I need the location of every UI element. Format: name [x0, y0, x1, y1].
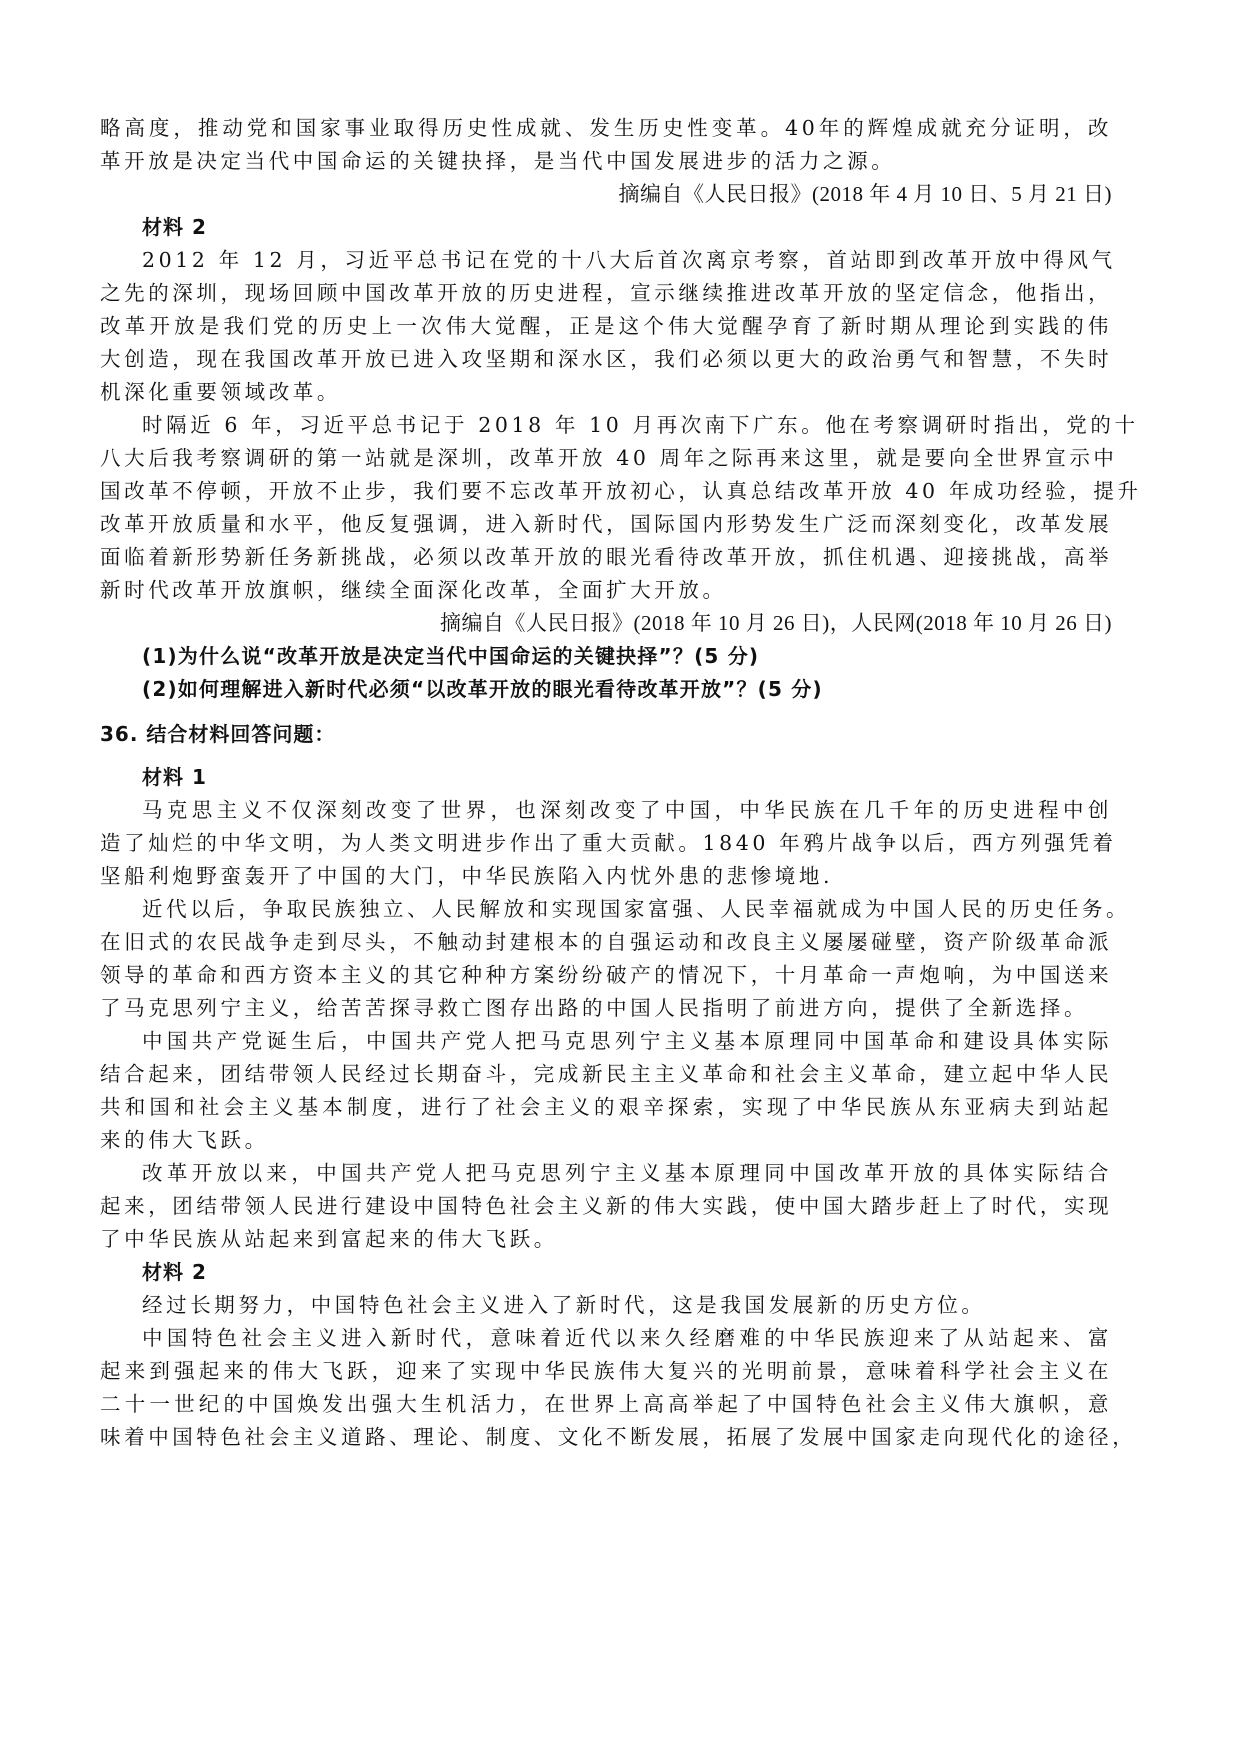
text-line: 之先的深圳，现场回顾中国改革开放的历史进程，宣示继续推进改革开放的坚定信念，他指… [100, 277, 1112, 310]
text-line: 了中华民族从站起来到富起来的伟大飞跃。 [100, 1223, 1112, 1256]
text-line: 面临着新形势新任务新挑战，必须以改革开放的眼光看待改革开放，抓住机遇、迎接挑战，… [100, 541, 1112, 574]
text-line: 略高度，推动党和国家事业取得历史性成就、发生历史性变革。40年的辉煌成就充分证明… [100, 112, 1112, 145]
text-line: 二十一世纪的中国焕发出强大生机活力，在世界上高高举起了中国特色社会主义伟大旗帜，… [100, 1388, 1112, 1421]
text-line: 领导的革命和西方资本主义的其它种种方案纷纷破产的情况下，十月革命一声炮响，为中国… [100, 959, 1112, 992]
text-line: 国改革不停顿，开放不止步，我们要不忘改革开放初心，认真总结改革开放 40 年成功… [100, 475, 1112, 508]
text-line: 中国特色社会主义进入新时代，意味着近代以来久经磨难的中华民族迎来了从站起来、富 [100, 1322, 1112, 1355]
text-line: 新时代改革开放旗帜，继续全面深化改革，全面扩大开放。 [100, 574, 1112, 607]
sub-question-1: (1)为什么说“改革开放是决定当代中国命运的关键抉择”？(5 分) [100, 640, 1112, 673]
material-heading: 材料 1 [100, 761, 1112, 794]
text-line: 改革开放是我们党的历史上一次伟大觉醒，正是这个伟大觉醒孕育了新时期从理论到实践的… [100, 310, 1112, 343]
exam-page: 略高度，推动党和国家事业取得历史性成就、发生历史性变革。40年的辉煌成就充分证明… [100, 112, 1112, 1454]
source-citation: 摘编自《人民日报》(2018 年 10 月 26 日)，人民网(2018 年 1… [100, 607, 1112, 640]
text-line: 改革开放质量和水平，他反复强调，进入新时代，国际国内形势发生广泛而深刻变化，改革… [100, 508, 1112, 541]
text-line: 大创造，现在我国改革开放已进入攻坚期和深水区，我们必须以更大的政治勇气和智慧，不… [100, 343, 1112, 376]
text-line: 近代以后，争取民族独立、人民解放和实现国家富强、人民幸福就成为中国人民的历史任务… [100, 893, 1112, 926]
text-line: 八大后我考察调研的第一站就是深圳，改革开放 40 周年之际再来这里，就是要向全世… [100, 442, 1112, 475]
paragraph: 2012 年 12 月，习近平总书记在党的十八大后首次离京考察，首站即到改革开放… [100, 244, 1112, 409]
material-heading: 材料 2 [100, 1256, 1112, 1289]
text-line: 结合起来，团结带领人民经过长期奋斗，完成新民主主义革命和社会主义革命，建立起中华… [100, 1058, 1112, 1091]
material1-tail: 略高度，推动党和国家事业取得历史性成就、发生历史性变革。40年的辉煌成就充分证明… [100, 112, 1112, 178]
text-line: 了马克思列宁主义，给苦苦探寻救亡图存出路的中国人民指明了前进方向，提供了全新选择… [100, 992, 1112, 1025]
paragraph: 时隔近 6 年，习近平总书记于 2018 年 10 月再次南下广东。他在考察调研… [100, 409, 1112, 607]
text-line: 革开放是决定当代中国命运的关键抉择，是当代中国发展进步的活力之源。 [100, 145, 1112, 178]
text-line: 改革开放以来，中国共产党人把马克思列宁主义基本原理同中国改革开放的具体实际结合 [100, 1157, 1112, 1190]
text-line: 起来，团结带领人民进行建设中国特色社会主义新的伟大实践，使中国大踏步赶上了时代，… [100, 1190, 1112, 1223]
text-line: 味着中国特色社会主义道路、理论、制度、文化不断发展，拓展了发展中国家走向现代化的… [100, 1421, 1112, 1454]
source-citation: 摘编自《人民日报》(2018 年 4 月 10 日、5 月 21 日) [100, 178, 1112, 211]
paragraph: 近代以后，争取民族独立、人民解放和实现国家富强、人民幸福就成为中国人民的历史任务… [100, 893, 1112, 1025]
text-line: 造了灿烂的中华文明，为人类文明进步作出了重大贡献。1840 年鸦片战争以后，西方… [100, 827, 1112, 860]
text-line: 经过长期努力，中国特色社会主义进入了新时代，这是我国发展新的历史方位。 [100, 1289, 1112, 1322]
question-36-title: 36. 结合材料回答问题： [100, 718, 1112, 751]
text-line: 在旧式的农民战争走到尽头，不触动封建根本的自强运动和改良主义屡屡碰壁，资产阶级革… [100, 926, 1112, 959]
text-line: 坚船利炮野蛮轰开了中国的大门，中华民族陷入内忧外患的悲惨境地. [100, 860, 1112, 893]
paragraph: 改革开放以来，中国共产党人把马克思列宁主义基本原理同中国改革开放的具体实际结合 … [100, 1157, 1112, 1256]
text-line: 中国共产党诞生后，中国共产党人把马克思列宁主义基本原理同中国革命和建设具体实际 [100, 1025, 1112, 1058]
text-line: 2012 年 12 月，习近平总书记在党的十八大后首次离京考察，首站即到改革开放… [100, 244, 1112, 277]
text-line: 马克思主义不仅深刻改变了世界，也深刻改变了中国，中华民族在几千年的历史进程中创 [100, 794, 1112, 827]
text-line: 共和国和社会主义基本制度，进行了社会主义的艰辛探索，实现了中华民族从东亚病夫到站… [100, 1091, 1112, 1124]
text-line: 起来到强起来的伟大飞跃，迎来了实现中华民族伟大复兴的光明前景，意味着科学社会主义… [100, 1355, 1112, 1388]
text-line: 来的伟大飞跃。 [100, 1124, 1112, 1157]
text-line: 机深化重要领域改革。 [100, 376, 1112, 409]
paragraph: 中国共产党诞生后，中国共产党人把马克思列宁主义基本原理同中国革命和建设具体实际 … [100, 1025, 1112, 1157]
paragraph: 中国特色社会主义进入新时代，意味着近代以来久经磨难的中华民族迎来了从站起来、富 … [100, 1322, 1112, 1454]
sub-question-2: (2)如何理解进入新时代必须“以改革开放的眼光看待改革开放”？(5 分) [100, 673, 1112, 706]
material-heading: 材料 2 [100, 211, 1112, 244]
paragraph: 经过长期努力，中国特色社会主义进入了新时代，这是我国发展新的历史方位。 [100, 1289, 1112, 1322]
text-line: 时隔近 6 年，习近平总书记于 2018 年 10 月再次南下广东。他在考察调研… [100, 409, 1112, 442]
paragraph: 马克思主义不仅深刻改变了世界，也深刻改变了中国，中华民族在几千年的历史进程中创 … [100, 794, 1112, 893]
